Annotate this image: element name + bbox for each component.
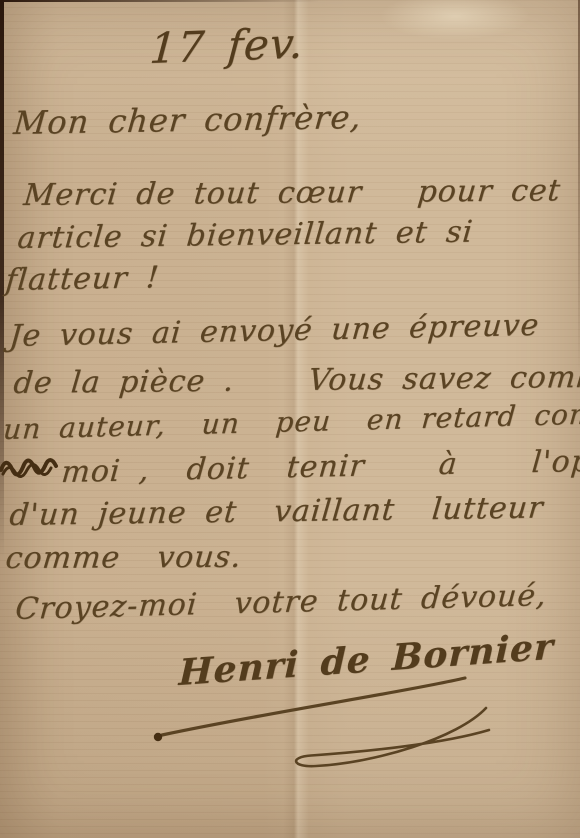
letter-body-line: moi , doit tenir à l'opinion [60,442,580,490]
letter-body-line: Merci de tout cœur pour cet [22,173,562,213]
letter-photo: 17 fev. Mon cher confrère, Merci de tout… [0,0,580,838]
letter-body-line: article si bienveillant et si [16,215,475,256]
letter-body-line: un auteur, un peu en retard comme [2,396,580,446]
letter-body-line: flatteur ! [4,260,161,298]
letter-body-line: Je vous ai envoyé une épreuve [8,308,541,354]
paper-highlight-patch [380,0,530,40]
letter-body-line: d'un jeune et vaillant lutteur [8,490,545,533]
crossed-out-word-scribble [0,450,62,484]
letter-date: 17 fev. [148,18,306,73]
letter-closing: Croyez-moi votre tout dévoué, [14,578,548,627]
letter-body-line: de la pièce . Vous savez combien [12,359,580,401]
letter-salutation: Mon cher confrère, [12,98,363,142]
letter-body-line: comme vous. [4,540,243,576]
signature: Henri de Bornier [178,626,555,694]
photo-edge-shadow-top [0,0,319,2]
